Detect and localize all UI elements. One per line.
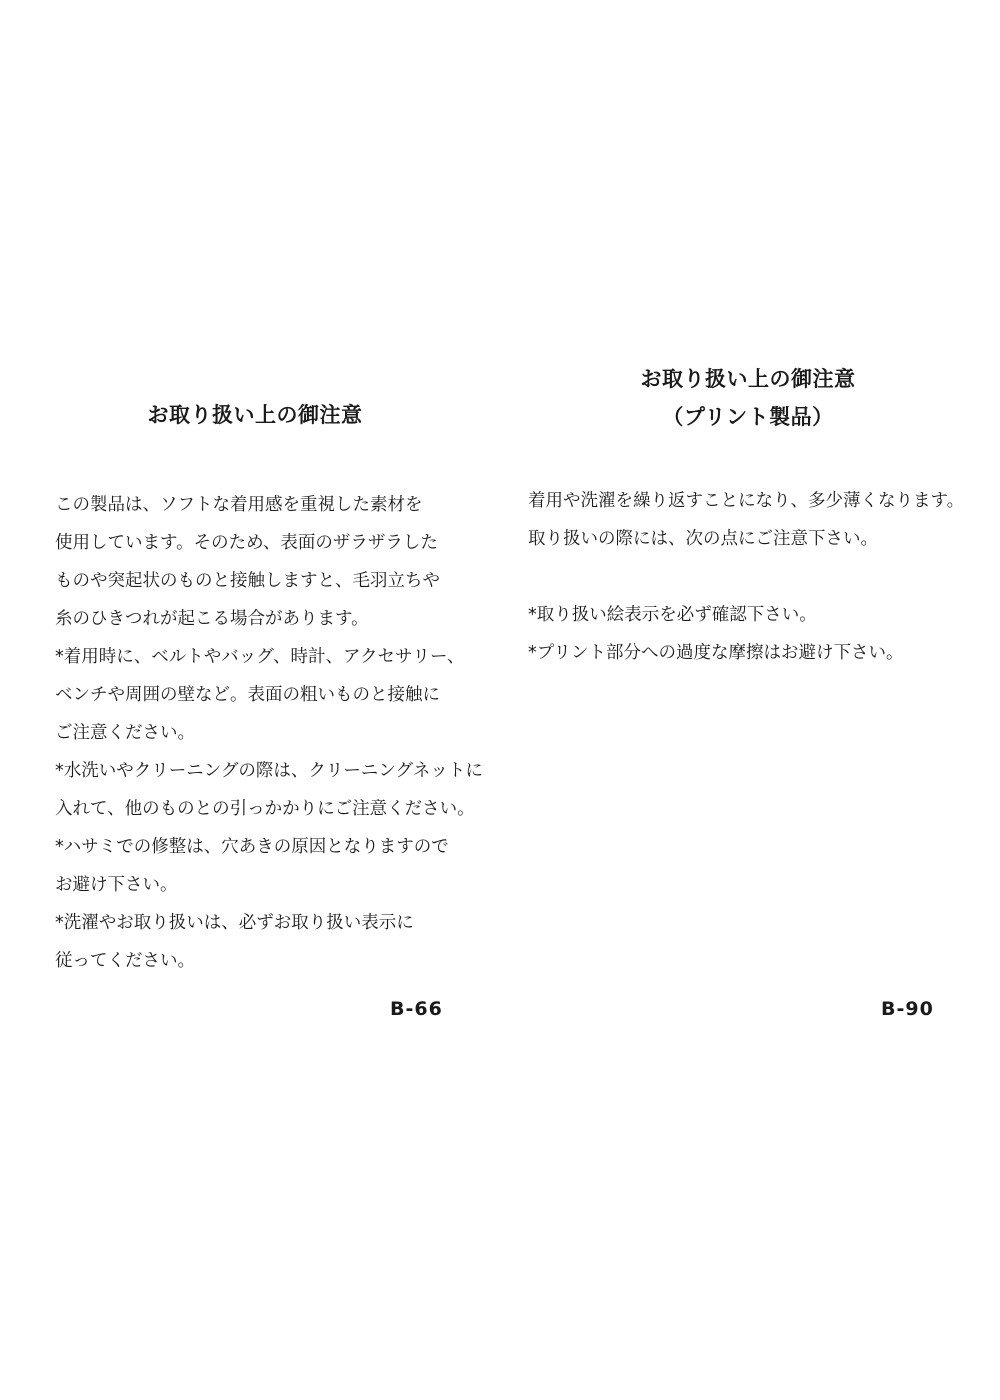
notice-line: ものや突起状のものと接触しますと、毛羽立ちや bbox=[55, 562, 475, 600]
notice-note: *取り扱い絵表示を必ず確認下さい。 bbox=[528, 596, 988, 634]
notice-line: ご注意ください。 bbox=[55, 714, 475, 752]
notice-line: *着用時に、ベルトやバッグ、時計、アクセサリー、 bbox=[55, 638, 475, 676]
notice-line: *水洗いやクリーニングの際は、クリーニングネットに bbox=[55, 752, 475, 790]
notice-line: 従ってください。 bbox=[55, 942, 475, 980]
notice-line: *ハサミでの修整は、穴あきの原因となりますので bbox=[55, 828, 475, 866]
notice-line: この製品は、ソフトな着用感を重視した素材を bbox=[55, 486, 475, 524]
notice-note: *プリント部分への過度な摩擦はお避け下さい。 bbox=[528, 634, 988, 672]
notice-subtitle: （プリント製品） bbox=[528, 398, 968, 436]
notice-line: 入れて、他のものとの引っかかりにご注意ください。 bbox=[55, 790, 475, 828]
notice-body: この製品は、ソフトな着用感を重視した素材を 使用しています。そのため、表面のザラ… bbox=[55, 486, 475, 980]
page-code-left: B-66 bbox=[390, 998, 443, 1020]
notice-line: ベンチや周囲の壁など。表面の粗いものと接触に bbox=[55, 676, 475, 714]
care-notice-b90: お取り扱い上の御注意 （プリント製品） 着用や洗濯を繰り返すことになり、多少薄く… bbox=[528, 360, 988, 672]
notice-line: 使用しています。そのため、表面のザラザラした bbox=[55, 524, 475, 562]
notice-line: 取り扱いの際には、次の点にご注意下さい。 bbox=[528, 520, 988, 558]
care-notice-b66: お取り扱い上の御注意 この製品は、ソフトな着用感を重視した素材を 使用しています… bbox=[55, 396, 475, 980]
notice-line: *洗濯やお取り扱いは、必ずお取り扱い表示に bbox=[55, 904, 475, 942]
notice-line: 着用や洗濯を繰り返すことになり、多少薄くなります。 bbox=[528, 482, 988, 520]
notice-body: 着用や洗濯を繰り返すことになり、多少薄くなります。 取り扱いの際には、次の点にご… bbox=[528, 482, 988, 672]
spacer bbox=[528, 558, 988, 596]
notice-line: お避け下さい。 bbox=[55, 866, 475, 904]
page-code-right: B-90 bbox=[881, 998, 934, 1020]
notice-title: お取り扱い上の御注意 bbox=[528, 360, 968, 398]
notice-line: 糸のひきつれが起こる場合があります。 bbox=[55, 600, 475, 638]
notice-title: お取り扱い上の御注意 bbox=[40, 396, 470, 434]
